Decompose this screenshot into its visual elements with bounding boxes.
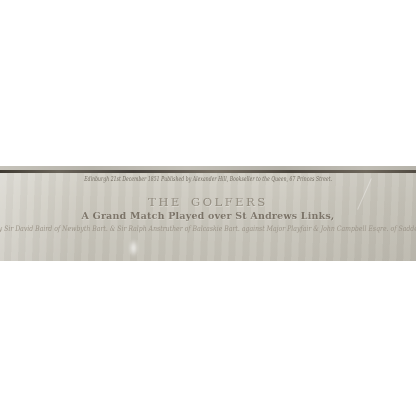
paper-scratch — [357, 178, 372, 209]
print-title: THE GOLFERS — [148, 195, 267, 209]
print-photo-band: Edinburgh 21st December 1851 Published b… — [0, 166, 416, 261]
publisher-imprint-line: Edinburgh 21st December 1851 Published b… — [84, 176, 332, 183]
print-title-paper: Edinburgh 21st December 1851 Published b… — [0, 173, 416, 261]
print-subtitle: A Grand Match Played over St Andrews Lin… — [82, 211, 335, 222]
photo-of-framed-print: Edinburgh 21st December 1851 Published b… — [0, 0, 416, 416]
paper-highlight — [129, 239, 138, 257]
print-credit-line: By Sir David Baird of Newbyth Bart. & Si… — [0, 225, 416, 233]
